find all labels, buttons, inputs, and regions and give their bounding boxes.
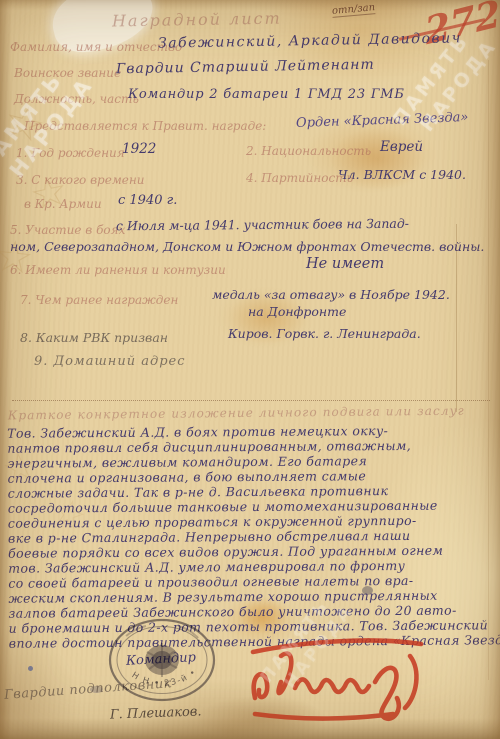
scanned-award-document: ☆ ☆ ☆ ☆ ☆ отп/зап 272 Наградной лист Фам… <box>0 0 500 739</box>
field-value-combat-2: ном, Северозападном, Донском и Южном фро… <box>10 239 484 254</box>
round-stamp: Н Н • 23-й • <box>106 616 218 704</box>
field-label-award: Представляется к Правит. награде: <box>24 119 266 133</box>
citation-text: Тов. Забежинский А.Д. в боях против неме… <box>7 422 497 650</box>
field-value-rank: Гвардии Старший Лейтенант <box>116 57 375 78</box>
field-value-name: Забежинский, Аркадий Давидович <box>158 30 462 51</box>
ink-blot <box>28 666 33 671</box>
field-label-wounds: 6. Имеет ли ранения и контузии <box>10 263 226 277</box>
site-watermark-line2: НАРОДА <box>408 34 500 146</box>
field-value-wounds: Не имеет <box>306 256 384 272</box>
red-signature <box>225 626 440 726</box>
field-label-name: Фамилия, имя и отчество <box>10 40 182 54</box>
field-value-prior-award-1: медаль «за отвагу» в Ноябре 1942. <box>212 287 450 302</box>
field-value-party: Чл. ВЛКСМ с 1940. <box>338 167 466 182</box>
citation-heading: Краткое конкретное изложение личного под… <box>8 404 465 423</box>
field-label-nationality: 2. Национальность <box>246 144 371 158</box>
field-value-nationality: Еврей <box>380 139 423 155</box>
field-value-birth-year: 1922 <box>122 141 156 157</box>
field-label-service-since: 3. С какого времени <box>16 173 145 187</box>
field-value-position: Командир 2 батареи 1 ГМД 23 ГМБ <box>128 87 405 102</box>
section-divider <box>12 400 490 401</box>
field-label-birth-year: 1. Год рождения <box>16 146 125 160</box>
field-label-service-since-2: в Кр. Армии <box>24 197 102 211</box>
field-label-position: Должность, часть <box>14 92 139 106</box>
field-value-rvk: Киров. Горвк. г. Ленинграда. <box>228 326 421 341</box>
field-label-combat: 5. Участие в боях <box>10 223 125 237</box>
field-label-rvk: 8. Каким РВК призван <box>20 330 168 345</box>
ink-annotation: отп/зап <box>332 2 376 18</box>
signer-name: Г. Плешаков. <box>110 704 202 722</box>
field-label-prior-award: 7. Чем ранее награжден <box>20 293 178 307</box>
field-label-rank: Воинское звание <box>14 66 121 80</box>
field-value-service-since: с 1940 г. <box>118 193 177 208</box>
field-label-address: 9. Домашний адрес <box>34 354 186 369</box>
document-title: Наградной лист <box>112 9 282 31</box>
field-value-award: Орден «Красная Звезда» <box>296 110 469 131</box>
field-value-prior-award-2: на Донфронте <box>248 304 346 319</box>
field-value-combat-1: с Июля м-ца 1941. участник боев на Запад… <box>116 216 409 234</box>
